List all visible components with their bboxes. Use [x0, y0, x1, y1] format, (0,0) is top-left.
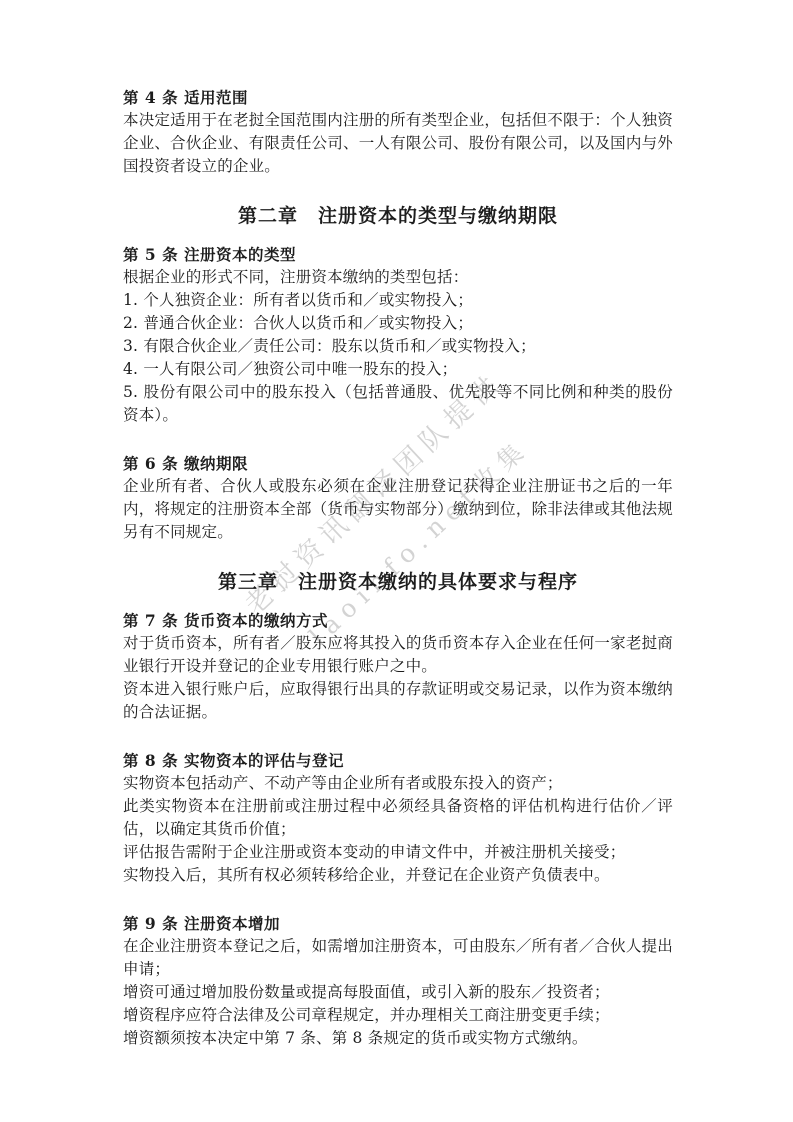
article-9-title: 第 9 条 注册资本增加: [123, 912, 673, 935]
article-6-paragraph: 企业所有者、合伙人或股东必须在企业注册登记获得企业注册证书之后的一年内，将规定的…: [123, 475, 673, 544]
chapter-3-heading: 第三章 注册资本缴纳的具体要求与程序: [123, 569, 673, 595]
article-5-title: 第 5 条 注册资本的类型: [123, 243, 673, 266]
article-9-item-3: 增资程序应符合法律及公司章程规定，并办理相关工商注册变更手续；: [123, 1004, 673, 1027]
article-6-title: 第 6 条 缴纳期限: [123, 452, 673, 475]
article-9-item-1: 在企业注册资本登记之后，如需增加注册资本，可由股东／所有者／合伙人提出申请；: [123, 935, 673, 981]
article-5-item-3: 3. 有限合伙企业／责任公司：股东以货币和／或实物投入；: [123, 335, 673, 358]
article-5: 第 5 条 注册资本的类型 根据企业的形式不同，注册资本缴纳的类型包括： 1. …: [123, 243, 673, 427]
article-5-item-4: 4. 一人有限公司／独资公司中唯一股东的投入；: [123, 358, 673, 381]
article-8-title: 第 8 条 实物资本的评估与登记: [123, 749, 673, 772]
article-5-intro: 根据企业的形式不同，注册资本缴纳的类型包括：: [123, 266, 673, 289]
document-content: 第 4 条 适用范围 本决定适用于在老挝全国范围内注册的所有类型企业，包括但不限…: [123, 86, 673, 1075]
article-5-item-5: 5. 股份有限公司中的股东投入（包括普通股、优先股等不同比例和种类的股份资本）。: [123, 381, 673, 427]
article-4-paragraph: 本决定适用于在老挝全国范围内注册的所有类型企业，包括但不限于：个人独资企业、合伙…: [123, 109, 673, 178]
article-9: 第 9 条 注册资本增加 在企业注册资本登记之后，如需增加注册资本，可由股东／所…: [123, 912, 673, 1050]
document-page: 老挝资讯翻译团队提供 laoinfo.net收集 第 4 条 适用范围 本决定适…: [0, 0, 793, 1122]
article-9-item-4: 增资额须按本决定中第 7 条、第 8 条规定的货币或实物方式缴纳。: [123, 1027, 673, 1050]
article-5-item-2: 2. 普通合伙企业：合伙人以货币和／或实物投入；: [123, 312, 673, 335]
article-7: 第 7 条 货币资本的缴纳方式 对于货币资本，所有者／股东应将其投入的货币资本存…: [123, 609, 673, 724]
article-4: 第 4 条 适用范围 本决定适用于在老挝全国范围内注册的所有类型企业，包括但不限…: [123, 86, 673, 178]
article-8-item-2: 此类实物资本在注册前或注册过程中必须经具备资格的评估机构进行估价／评估，以确定其…: [123, 795, 673, 841]
article-6: 第 6 条 缴纳期限 企业所有者、合伙人或股东必须在企业注册登记获得企业注册证书…: [123, 452, 673, 544]
article-8-item-1: 实物资本包括动产、不动产等由企业所有者或股东投入的资产；: [123, 772, 673, 795]
article-8: 第 8 条 实物资本的评估与登记 实物资本包括动产、不动产等由企业所有者或股东投…: [123, 749, 673, 887]
article-8-item-4: 实物投入后，其所有权必须转移给企业，并登记在企业资产负债表中。: [123, 864, 673, 887]
article-7-title: 第 7 条 货币资本的缴纳方式: [123, 609, 673, 632]
article-7-paragraph-2: 资本进入银行账户后，应取得银行出具的存款证明或交易记录，以作为资本缴纳的合法证据…: [123, 678, 673, 724]
article-8-item-3: 评估报告需附于企业注册或资本变动的申请文件中，并被注册机关接受；: [123, 841, 673, 864]
article-4-title: 第 4 条 适用范围: [123, 86, 673, 109]
article-7-paragraph-1: 对于货币资本，所有者／股东应将其投入的货币资本存入企业在任何一家老挝商业银行开设…: [123, 632, 673, 678]
article-9-item-2: 增资可通过增加股份数量或提高每股面值，或引入新的股东／投资者；: [123, 981, 673, 1004]
chapter-2-heading: 第二章 注册资本的类型与缴纳期限: [123, 203, 673, 229]
article-5-item-1: 1. 个人独资企业：所有者以货币和／或实物投入；: [123, 289, 673, 312]
